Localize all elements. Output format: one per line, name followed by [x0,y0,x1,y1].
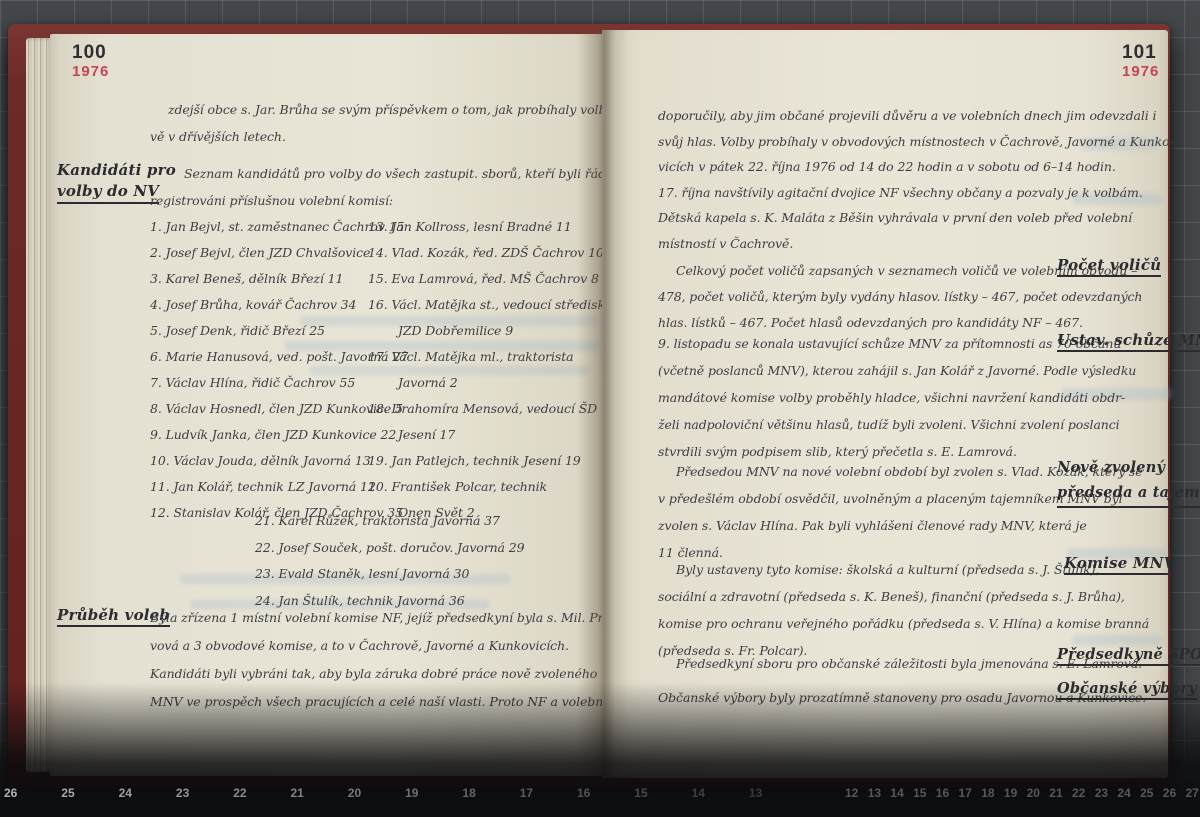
margin-note-line: Počet voličů [1057,256,1161,277]
ruler-number: 22 [1072,786,1085,800]
margin-note-ustav-schuze: Ustav. schůze MNV [1057,331,1200,352]
ruler-number: 18 [981,786,994,800]
ruler-number: 25 [61,786,74,800]
ruler-number: 14 [890,786,903,800]
ruler-number: 19 [1004,786,1017,800]
candidate-line: 22. Josef Souček, pošt. doručov. Javorná… [255,535,525,562]
candidate-list-center: 21. Karel Růžek, traktorista Javorná 372… [255,508,525,614]
ruler-number: 14 [692,786,705,800]
manuscript-line: zdejší obce s. Jar. Brůha se svým příspě… [150,96,677,123]
margin-note-line: volby do NV [57,181,159,204]
ruler-number: 21 [1049,786,1062,800]
candidate-line: Javorná 2 [368,370,612,396]
manuscript-line: mandátové komise volby proběhly hladce, … [658,384,1136,411]
margin-note-line: Předsedkyně SPOZ [1057,646,1200,666]
manuscript-line: vicích v pátek 22. října 1976 od 14 do 2… [658,154,1174,180]
manuscript-line: místností v Čachrově. [658,231,1174,257]
margin-note-line: Nově zvolený [1057,456,1165,481]
manuscript-line: 17. října navštívily agitační dvojice NF… [658,180,1174,206]
paragraph-volby: doporučily, aby jim občané projevili dův… [658,103,1174,256]
ruler-number: 24 [1117,786,1130,800]
manuscript-line: zvolen s. Václav Hlína. Pak byli vyhláše… [658,512,1143,539]
manuscript-line: Dětská kapela s. K. Maláta z Běšin vyhrá… [658,205,1174,231]
candidate-line: 23. Evald Staněk, lesní Javorná 30 [255,561,525,588]
candidate-line: 14. Vlad. Kozák, řed. ZDŠ Čachrov 10 [368,240,612,266]
manuscript-line: vová a 3 obvodové komise, a to v Čachrov… [150,632,655,660]
ruler-number: 22 [233,786,246,800]
page-number-right: 101 [1122,42,1157,64]
candidate-line: JZD Dobřemilice 9 [368,318,612,344]
ruler-number: 23 [176,786,189,800]
ruler-number: 25 [1140,786,1153,800]
manuscript-line: doporučily, aby jim občané projevili dův… [658,103,1174,129]
margin-note-novy-predseda: Nově zvolený předseda a tajemník [1057,456,1200,508]
margin-note-line: Ustav. schůze MNV [1057,331,1200,352]
manuscript-line: registrováni příslušnou volební komisí: [150,187,643,214]
candidate-line: 18. Drahomíra Mensová, vedoucí ŠD [368,396,612,422]
manuscript-line: Seznam kandidátů pro volby do všech zast… [150,160,643,187]
left-page: 100 1976 zdejší obce s. Jar. Brůha se sv… [50,34,602,776]
ruler-number: 15 [634,786,647,800]
seznam-paragraph: Seznam kandidátů pro volby do všech zast… [150,160,643,214]
manuscript-line: (včetně poslanců MNV), kterou zahájil s.… [658,357,1136,384]
candidate-line: 21. Karel Růžek, traktorista Javorná 37 [255,508,525,535]
ruler-number: 17 [959,786,972,800]
manuscript-line: sociální a zdravotní (předseda s. K. Ben… [658,583,1149,610]
ruler-number: 12 [845,786,858,800]
ruler-number: 13 [868,786,881,800]
ruler-number: 16 [577,786,590,800]
intro-paragraph: zdejší obce s. Jar. Brůha se svým příspě… [150,96,677,150]
ruler-number: 18 [462,786,475,800]
page-number-left: 100 [72,42,107,64]
ruler-number: 23 [1095,786,1108,800]
ruler-number: 26 [4,786,17,800]
candidate-line: 19. Jan Patlejch, technik Jesení 19 [368,448,612,474]
candidate-line: 17. Václ. Matějka ml., traktorista [368,344,612,370]
manuscript-line: svůj hlas. Volby probíhaly v obvodových … [658,129,1174,155]
candidate-list-col2: 13. Jan Kollross, lesní Bradné 1114. Vla… [368,214,612,526]
manuscript-line: želi nadpoloviční většinu hlasů, tudíž b… [658,411,1136,438]
ruler-number: 13 [749,786,762,800]
photo-of-chronicle-book: 100 1976 zdejší obce s. Jar. Brůha se sv… [0,0,1200,817]
ruler-number: 24 [119,786,132,800]
right-page: 101 1976 doporučily, aby jim občané proj… [602,30,1168,778]
manuscript-line: Byla zřízena 1 místní volební komise NF,… [150,604,655,632]
ruler-number: 27 [1186,786,1199,800]
ruler-number: 20 [1027,786,1040,800]
ruler-number: 16 [936,786,949,800]
margin-note-komise: Komise MNV [1064,554,1175,575]
ruler-number: 15 [913,786,926,800]
candidate-line: 15. Eva Lamrová, řed. MŠ Čachrov 8 [368,266,612,292]
ruler-number: 26 [1163,786,1176,800]
manuscript-line: 478, počet voličů, kterým byly vydány hl… [658,284,1142,310]
margin-note-line: Komise MNV [1064,554,1175,575]
ruler-number: 17 [520,786,533,800]
ruler-number: 21 [291,786,304,800]
margin-note-spoz: Předsedkyně SPOZ [1057,646,1200,666]
candidate-line: 16. Václ. Matějka st., vedoucí střediska [368,292,612,318]
margin-note-line: předseda a tajemník [1057,481,1200,508]
year-stamp-right: 1976 [1122,63,1159,80]
manuscript-line: vě v dřívějších letech. [150,123,677,150]
manuscript-line: komise pro ochranu veřejného pořádku (př… [658,610,1149,637]
ruler-number: 19 [405,786,418,800]
candidate-line: Jesení 17 [368,422,612,448]
ruler-scale: 2625242322212019181716151413121314151617… [0,786,1200,806]
margin-note-pocet-volicu: Počet voličů [1057,256,1161,277]
candidate-line: 13. Jan Kollross, lesní Bradné 11 [368,214,612,240]
ruler-number: 20 [348,786,361,800]
candidate-line: 20. František Polcar, technik [368,474,612,500]
year-stamp-left: 1976 [72,63,109,80]
